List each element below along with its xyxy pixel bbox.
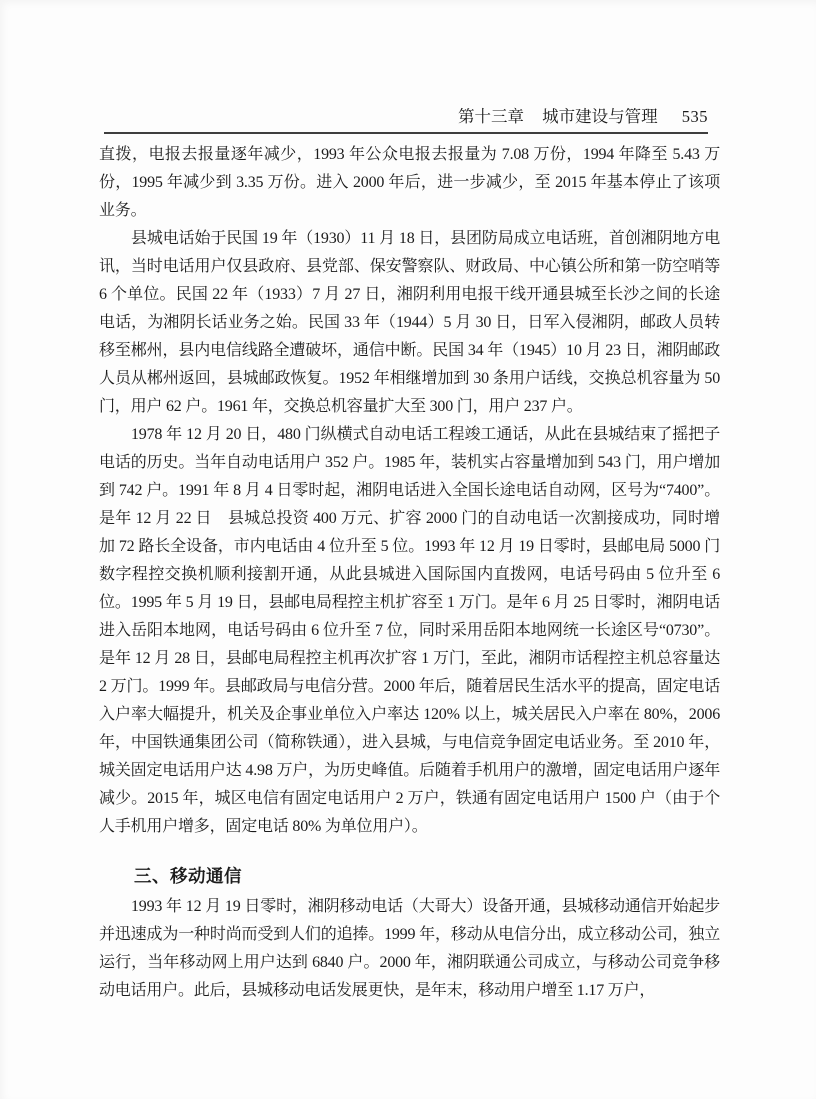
paragraph-telephone-history: 县城电话始于民国 19 年（1930）11 月 18 日，县团防局成立电话班，首… [99,225,720,421]
body-text: 直拨，电报去报量逐年减少，1993 年公众电报去报量为 7.08 万份，1994… [99,141,720,1005]
chapter-title: 城市建设与管理 [542,107,658,126]
paragraph-telegraph-decline: 直拨，电报去报量逐年减少，1993 年公众电报去报量为 7.08 万份，1994… [99,141,720,225]
paragraph-automatic-telephone: 1978 年 12 月 20 日，480 门纵横式自动电话工程竣工通话，从此在县… [99,421,720,841]
book-page: 第十三章 城市建设与管理 535 直拨，电报去报量逐年减少，1993 年公众电报… [0,0,816,1099]
paragraph-mobile-communication: 1993 年 12 月 19 日零时，湘阴移动电话（大哥大）设备开通，县城移动通… [99,893,720,1005]
chapter-label: 第十三章 [458,107,524,126]
section-heading-mobile-communication: 三、移动通信 [99,862,720,890]
page-header: 第十三章 城市建设与管理 535 [104,106,708,134]
page-number: 535 [682,107,708,126]
